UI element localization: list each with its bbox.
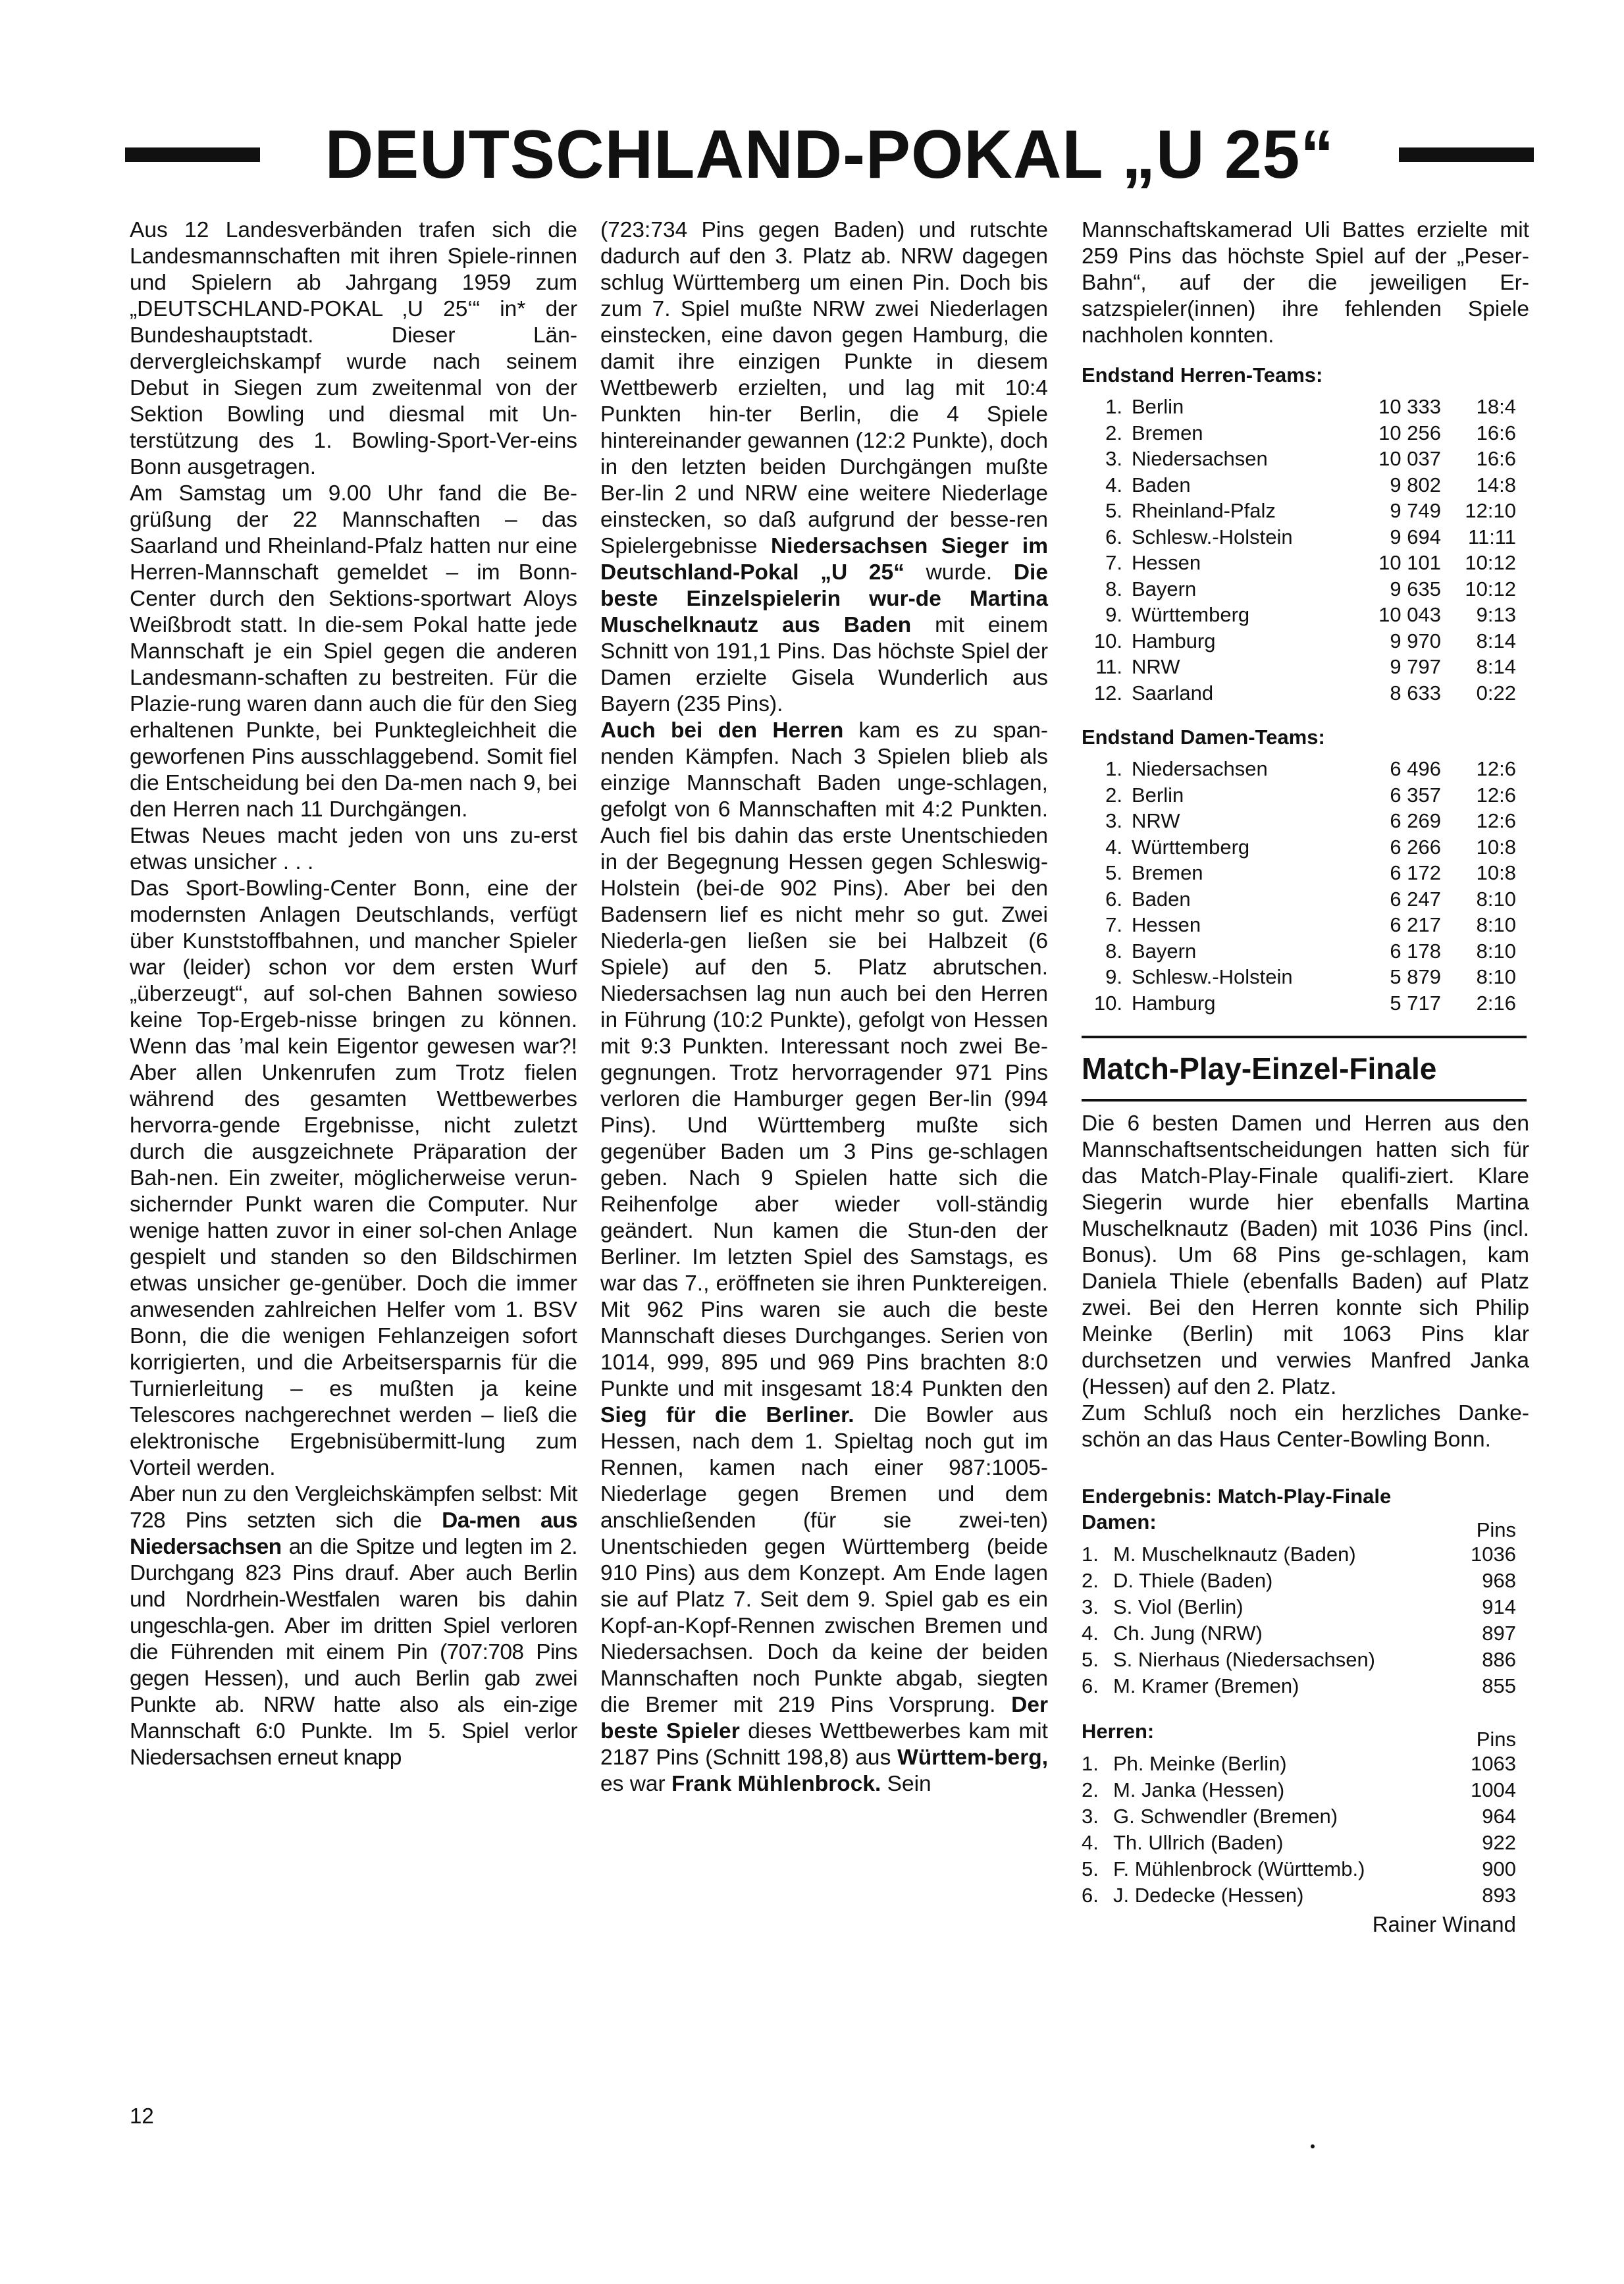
result-row: 5.F. Mühlenbrock (Württemb.)900 xyxy=(1082,1856,1516,1882)
section-divider-bottom xyxy=(1082,1099,1527,1102)
cell-pins: 5 879 xyxy=(1349,964,1441,990)
standings-row: 10.Hamburg9 9708:14 xyxy=(1082,628,1516,654)
damen-subheader: Damen: Pins xyxy=(1082,1510,1516,1535)
cell-rank: 5. xyxy=(1082,1856,1113,1882)
cell-points: 10:8 xyxy=(1441,860,1516,886)
cell-pins: 10 037 xyxy=(1349,446,1441,472)
cell-rank: 3. xyxy=(1082,1594,1113,1620)
cell-points: 8:10 xyxy=(1441,964,1516,990)
paragraph: Aber nun zu den Vergleichskämpfen selbst… xyxy=(130,1481,577,1771)
cell-pins: 9 635 xyxy=(1349,576,1441,602)
cell-pins: 10 043 xyxy=(1349,602,1441,628)
pins-column-label: Pins xyxy=(1477,1518,1516,1543)
cell-team: Württemberg xyxy=(1132,834,1349,861)
cell-points: 8:10 xyxy=(1441,912,1516,938)
cell-pins: 10 101 xyxy=(1349,550,1441,576)
cell-team: Schlesw.-Holstein xyxy=(1132,964,1349,990)
cell-rank: 2. xyxy=(1082,782,1132,809)
cell-rank: 6. xyxy=(1082,1882,1113,1909)
cell-pins: 9 797 xyxy=(1349,654,1441,680)
cell-points: 8:14 xyxy=(1441,654,1516,680)
cell-team: Niedersachsen xyxy=(1132,756,1349,782)
cell-team: Hamburg xyxy=(1132,628,1349,654)
cell-team: NRW xyxy=(1132,808,1349,834)
paragraph: Etwas Neues macht jeden von uns zu-erst … xyxy=(130,823,577,876)
standings-row: 8.Bayern6 1788:10 xyxy=(1082,938,1516,965)
cell-points: 10:12 xyxy=(1441,576,1516,602)
print-speck xyxy=(1311,2144,1315,2148)
cell-rank: 6. xyxy=(1082,886,1132,913)
cell-pins: 855 xyxy=(1457,1673,1516,1699)
cell-name: M. Muschelknautz (Baden) xyxy=(1113,1541,1457,1568)
cell-rank: 5. xyxy=(1082,1647,1113,1673)
cell-name: Ph. Meinke (Berlin) xyxy=(1113,1751,1454,1777)
standings-row: 1.Berlin10 33318:4 xyxy=(1082,394,1516,420)
headline-rule-right xyxy=(1399,147,1534,162)
cell-points: 12:6 xyxy=(1441,782,1516,809)
herren-standings-title: Endstand Herren-Teams: xyxy=(1082,362,1529,388)
cell-rank: 2. xyxy=(1082,1568,1113,1594)
cell-rank: 1. xyxy=(1082,394,1132,420)
article-column-3: Mannschaftskamerad Uli Battes erzielte m… xyxy=(1082,217,1529,1939)
bold-phrase: Sieg für die Berliner. xyxy=(600,1403,854,1427)
cell-rank: 11. xyxy=(1082,654,1132,680)
cell-points: 2:16 xyxy=(1441,990,1516,1017)
standings-row: 6.Schlesw.-Holstein9 69411:11 xyxy=(1082,524,1516,550)
standings-row: 9.Schlesw.-Holstein5 8798:10 xyxy=(1082,964,1516,990)
cell-team: Rheinland-Pfalz xyxy=(1132,498,1349,524)
cell-rank: 10. xyxy=(1082,990,1132,1017)
cell-rank: 3. xyxy=(1082,446,1132,472)
result-row: 1.M. Muschelknautz (Baden)1036 xyxy=(1082,1541,1516,1568)
bold-phrase: Württem-berg, xyxy=(897,1745,1048,1770)
standings-row: 1.Niedersachsen6 49612:6 xyxy=(1082,756,1516,782)
cell-points: 16:6 xyxy=(1441,420,1516,446)
cell-points: 9:13 xyxy=(1441,602,1516,628)
cell-pins: 886 xyxy=(1457,1647,1516,1673)
headline-text: DEUTSCHLAND-POKAL „U 25“ xyxy=(325,120,1334,189)
cell-name: S. Viol (Berlin) xyxy=(1113,1594,1457,1620)
cell-points: 11:11 xyxy=(1441,524,1516,550)
cell-team: Berlin xyxy=(1132,394,1349,420)
cell-rank: 1. xyxy=(1082,1541,1113,1568)
cell-rank: 7. xyxy=(1082,550,1132,576)
result-row: 5.S. Nierhaus (Niedersachsen)886 xyxy=(1082,1647,1516,1673)
cell-points: 10:12 xyxy=(1441,550,1516,576)
cell-pins: 968 xyxy=(1457,1568,1516,1594)
cell-pins: 6 266 xyxy=(1349,834,1441,861)
magazine-page: DEUTSCHLAND-POKAL „U 25“ Aus 12 Landesve… xyxy=(0,0,1624,2284)
result-row: 4.Th. Ullrich (Baden)922 xyxy=(1082,1830,1516,1856)
cell-rank: 12. xyxy=(1082,680,1132,706)
cell-points: 8:10 xyxy=(1441,938,1516,965)
cell-pins: 5 717 xyxy=(1349,990,1441,1017)
result-row: 6.M. Kramer (Bremen)855 xyxy=(1082,1673,1516,1699)
cell-pins: 922 xyxy=(1454,1830,1516,1856)
paragraph: (723:734 Pins gegen Baden) und rutschte … xyxy=(600,217,1048,718)
cell-rank: 2. xyxy=(1082,1777,1113,1803)
cell-rank: 1. xyxy=(1082,756,1132,782)
standings-row: 4.Baden9 80214:8 xyxy=(1082,472,1516,498)
cell-pins: 1004 xyxy=(1454,1777,1516,1803)
standings-row: 7.Hessen6 2178:10 xyxy=(1082,912,1516,938)
standings-row: 3.NRW6 26912:6 xyxy=(1082,808,1516,834)
paragraph: Aus 12 Landesverbänden trafen sich die L… xyxy=(130,217,577,481)
cell-rank: 8. xyxy=(1082,576,1132,602)
cell-name: Th. Ullrich (Baden) xyxy=(1113,1830,1454,1856)
cell-points: 12:6 xyxy=(1441,808,1516,834)
cell-pins: 6 496 xyxy=(1349,756,1441,782)
cell-team: Hessen xyxy=(1132,912,1349,938)
paragraph: Zum Schluß noch ein herzliches Danke-sch… xyxy=(1082,1400,1529,1453)
cell-name: G. Schwendler (Bremen) xyxy=(1113,1803,1454,1830)
standings-row: 11.NRW9 7978:14 xyxy=(1082,654,1516,680)
result-row: 3.G. Schwendler (Bremen)964 xyxy=(1082,1803,1516,1830)
cell-rank: 8. xyxy=(1082,938,1132,965)
cell-pins: 964 xyxy=(1454,1803,1516,1830)
cell-rank: 9. xyxy=(1082,964,1132,990)
cell-points: 14:8 xyxy=(1441,472,1516,498)
cell-team: Berlin xyxy=(1132,782,1349,809)
cell-rank: 4. xyxy=(1082,472,1132,498)
cell-pins: 6 357 xyxy=(1349,782,1441,809)
cell-points: 10:8 xyxy=(1441,834,1516,861)
cell-pins: 6 217 xyxy=(1349,912,1441,938)
standings-row: 5.Bremen6 17210:8 xyxy=(1082,860,1516,886)
cell-team: Bremen xyxy=(1132,860,1349,886)
article-column-2: (723:734 Pins gegen Baden) und rutschte … xyxy=(600,217,1048,1797)
cell-pins: 6 178 xyxy=(1349,938,1441,965)
section-divider-top xyxy=(1082,1036,1527,1038)
standings-row: 6.Baden6 2478:10 xyxy=(1082,886,1516,913)
cell-rank: 2. xyxy=(1082,420,1132,446)
cell-name: J. Dedecke (Hessen) xyxy=(1113,1882,1454,1909)
cell-team: Niedersachsen xyxy=(1132,446,1349,472)
paragraph: Mannschaftskamerad Uli Battes erzielte m… xyxy=(1082,217,1529,349)
cell-pins: 9 802 xyxy=(1349,472,1441,498)
bold-phrase: Auch bei den Herren xyxy=(600,718,843,743)
cell-pins: 10 256 xyxy=(1349,420,1441,446)
herren-label: Herren: xyxy=(1082,1719,1154,1744)
cell-rank: 1. xyxy=(1082,1751,1113,1777)
standings-row: 3.Niedersachsen10 03716:6 xyxy=(1082,446,1516,472)
cell-rank: 5. xyxy=(1082,498,1132,524)
damen-standings-title: Endstand Damen-Teams: xyxy=(1082,724,1529,751)
standings-row: 4.Württemberg6 26610:8 xyxy=(1082,834,1516,861)
cell-team: Baden xyxy=(1132,886,1349,913)
standings-row: 2.Berlin6 35712:6 xyxy=(1082,782,1516,809)
standings-row: 10.Hamburg5 7172:16 xyxy=(1082,990,1516,1017)
cell-points: 8:10 xyxy=(1441,886,1516,913)
article-column-1: Aus 12 Landesverbänden trafen sich die L… xyxy=(130,217,577,1771)
cell-team: Württemberg xyxy=(1132,602,1349,628)
cell-rank: 5. xyxy=(1082,860,1132,886)
cell-pins: 893 xyxy=(1454,1882,1516,1909)
damen-label: Damen: xyxy=(1082,1510,1157,1535)
cell-team: Baden xyxy=(1132,472,1349,498)
cell-name: M. Janka (Hessen) xyxy=(1113,1777,1454,1803)
cell-pins: 8 633 xyxy=(1349,680,1441,706)
standings-row: 5.Rheinland-Pfalz9 74912:10 xyxy=(1082,498,1516,524)
section-title: Match-Play-Einzel-Finale xyxy=(1082,1050,1529,1087)
paragraph: Die 6 besten Damen und Herren aus den Ma… xyxy=(1082,1111,1529,1400)
standings-row: 8.Bayern9 63510:12 xyxy=(1082,576,1516,602)
headline: DEUTSCHLAND-POKAL „U 25“ xyxy=(125,119,1534,191)
cell-pins: 9 970 xyxy=(1349,628,1441,654)
cell-pins: 6 247 xyxy=(1349,886,1441,913)
cell-team: Hamburg xyxy=(1132,990,1349,1017)
cell-name: M. Kramer (Bremen) xyxy=(1113,1673,1457,1699)
cell-points: 0:22 xyxy=(1441,680,1516,706)
cell-points: 16:6 xyxy=(1441,446,1516,472)
match-play-result-title: Endergebnis: Match-Play-Finale xyxy=(1082,1483,1529,1510)
cell-points: 18:4 xyxy=(1441,394,1516,420)
cell-rank: 4. xyxy=(1082,834,1132,861)
cell-rank: 4. xyxy=(1082,1620,1113,1647)
author-byline: Rainer Winand xyxy=(1082,1910,1516,1939)
cell-rank: 9. xyxy=(1082,602,1132,628)
headline-rule-left xyxy=(125,147,260,162)
match-play-damen-table: 1.M. Muschelknautz (Baden)10362.D. Thiel… xyxy=(1082,1541,1516,1699)
cell-rank: 10. xyxy=(1082,628,1132,654)
cell-rank: 6. xyxy=(1082,1673,1113,1699)
result-row: 2.M. Janka (Hessen)1004 xyxy=(1082,1777,1516,1803)
herren-subheader: Herren: Pins xyxy=(1082,1719,1516,1744)
cell-team: Bayern xyxy=(1132,576,1349,602)
cell-rank: 3. xyxy=(1082,808,1132,834)
cell-rank: 6. xyxy=(1082,524,1132,550)
cell-team: Bayern xyxy=(1132,938,1349,965)
cell-name: F. Mühlenbrock (Württemb.) xyxy=(1113,1856,1454,1882)
result-row: 3.S. Viol (Berlin)914 xyxy=(1082,1594,1516,1620)
herren-standings-table: 1.Berlin10 33318:42.Bremen10 25616:63.Ni… xyxy=(1082,394,1516,706)
bold-phrase: Frank Mühlenbrock. xyxy=(671,1772,881,1796)
paragraph: Am Samstag um 9.00 Uhr fand die Be-grüßu… xyxy=(130,481,577,823)
cell-team: Bremen xyxy=(1132,420,1349,446)
cell-name: D. Thiele (Baden) xyxy=(1113,1568,1457,1594)
cell-name: S. Nierhaus (Niedersachsen) xyxy=(1113,1647,1457,1673)
cell-rank: 4. xyxy=(1082,1830,1113,1856)
cell-rank: 7. xyxy=(1082,912,1132,938)
damen-standings-table: 1.Niedersachsen6 49612:62.Berlin6 35712:… xyxy=(1082,756,1516,1016)
cell-points: 12:10 xyxy=(1441,498,1516,524)
cell-pins: 6 269 xyxy=(1349,808,1441,834)
cell-team: Schlesw.-Holstein xyxy=(1132,524,1349,550)
cell-pins: 9 694 xyxy=(1349,524,1441,550)
paragraph: Das Sport-Bowling-Center Bonn, eine der … xyxy=(130,876,577,1481)
cell-pins: 897 xyxy=(1457,1620,1516,1647)
cell-pins: 900 xyxy=(1454,1856,1516,1882)
standings-row: 2.Bremen10 25616:6 xyxy=(1082,420,1516,446)
match-play-herren-table: 1.Ph. Meinke (Berlin)10632.M. Janka (Hes… xyxy=(1082,1751,1516,1909)
cell-rank: 3. xyxy=(1082,1803,1113,1830)
cell-pins: 10 333 xyxy=(1349,394,1441,420)
cell-pins: 914 xyxy=(1457,1594,1516,1620)
standings-row: 7.Hessen10 10110:12 xyxy=(1082,550,1516,576)
cell-pins: 1036 xyxy=(1457,1541,1516,1568)
standings-row: 12.Saarland8 6330:22 xyxy=(1082,680,1516,706)
cell-pins: 9 749 xyxy=(1349,498,1441,524)
cell-team: NRW xyxy=(1132,654,1349,680)
page-number: 12 xyxy=(130,2104,154,2129)
result-row: 6.J. Dedecke (Hessen)893 xyxy=(1082,1882,1516,1909)
result-row: 2.D. Thiele (Baden)968 xyxy=(1082,1568,1516,1594)
standings-row: 9.Württemberg10 0439:13 xyxy=(1082,602,1516,628)
paragraph: Auch bei den Herren kam es zu span-nende… xyxy=(600,718,1048,1797)
pins-column-label: Pins xyxy=(1477,1727,1516,1752)
cell-team: Hessen xyxy=(1132,550,1349,576)
result-row: 4.Ch. Jung (NRW)897 xyxy=(1082,1620,1516,1647)
cell-name: Ch. Jung (NRW) xyxy=(1113,1620,1457,1647)
cell-pins: 6 172 xyxy=(1349,860,1441,886)
cell-pins: 1063 xyxy=(1454,1751,1516,1777)
cell-points: 8:14 xyxy=(1441,628,1516,654)
result-row: 1.Ph. Meinke (Berlin)1063 xyxy=(1082,1751,1516,1777)
cell-team: Saarland xyxy=(1132,680,1349,706)
cell-points: 12:6 xyxy=(1441,756,1516,782)
